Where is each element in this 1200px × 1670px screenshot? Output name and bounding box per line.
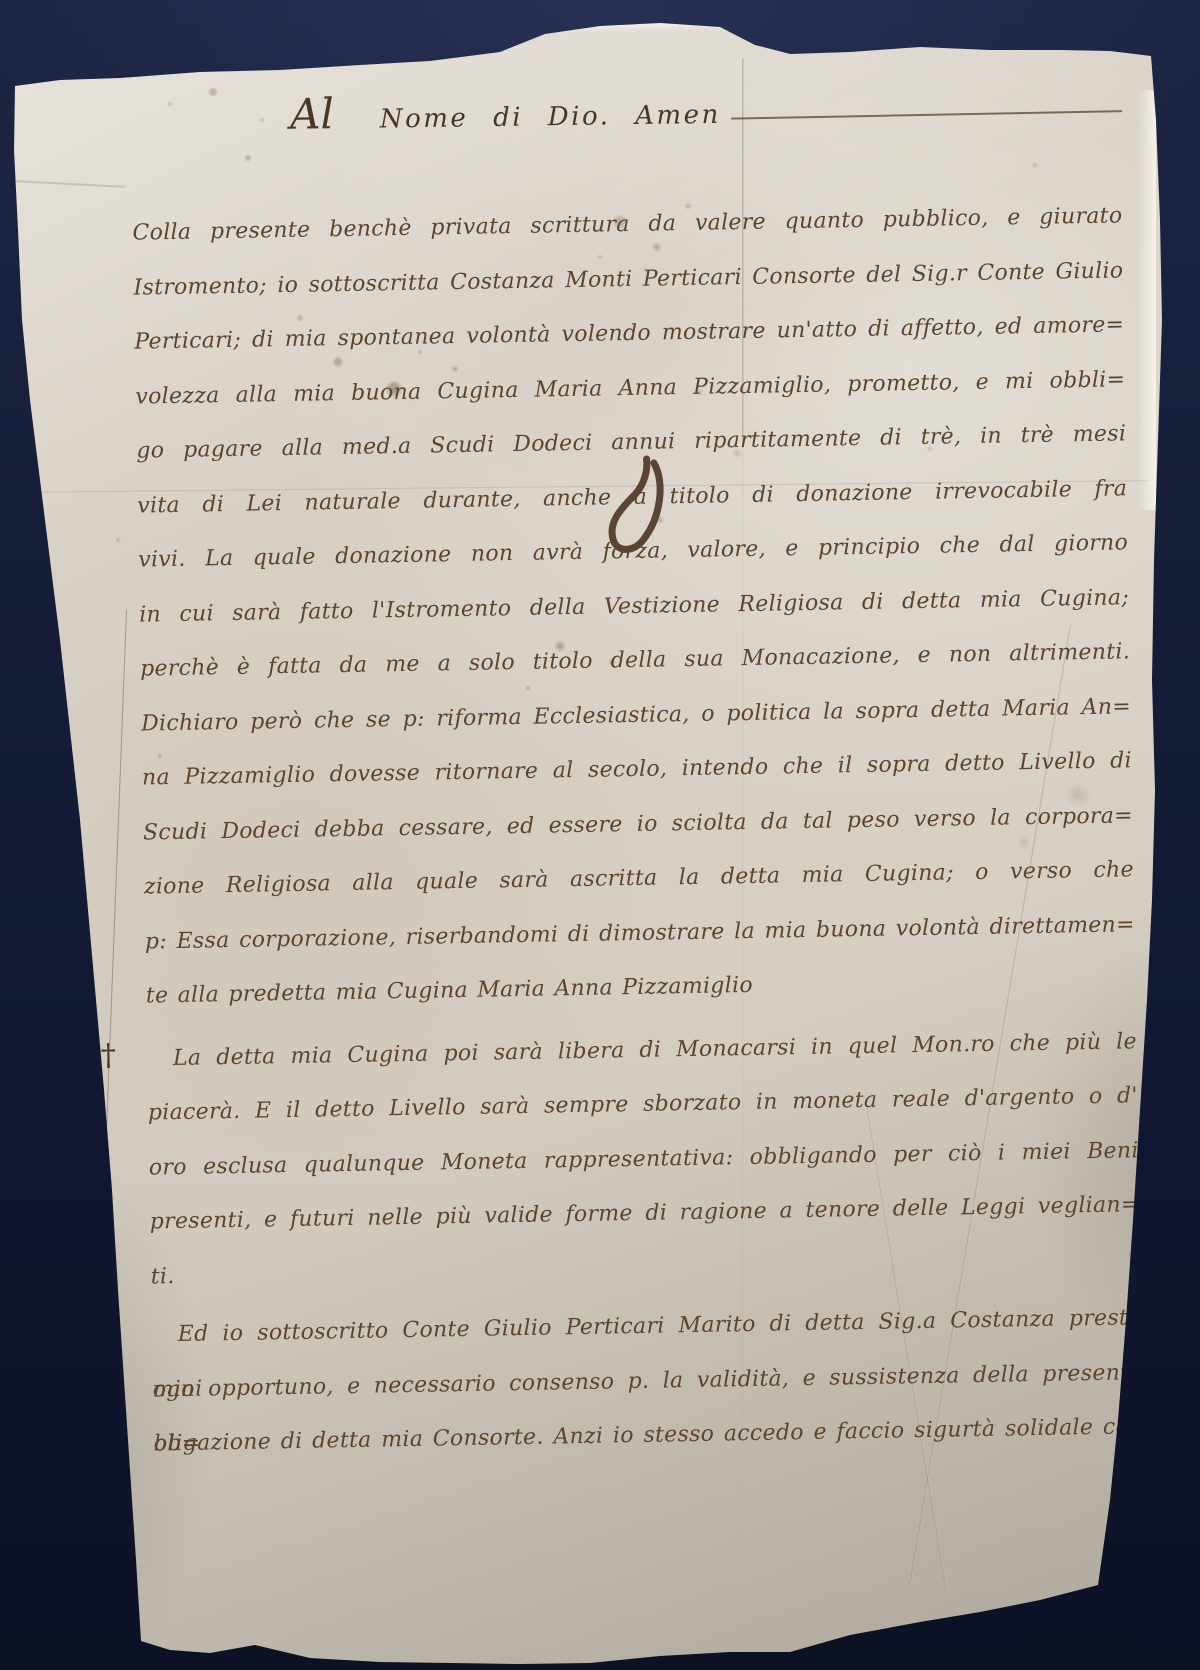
margin-cross-mark: † xyxy=(101,1041,117,1071)
paragraph-4: Ed io sottoscritto Conte Giulio Perticar… xyxy=(151,1291,1144,1472)
photo-background: Al Nome di Dio. Amen Colla presente benc… xyxy=(0,0,1200,1670)
manuscript-page: Al Nome di Dio. Amen Colla presente benc… xyxy=(0,0,1200,1670)
top-torn-edge-highlight xyxy=(500,20,770,35)
paragraph-3: † La detta mia Cugina poi sarà libera di… xyxy=(146,1015,1141,1305)
document-heading: Al Nome di Dio. Amen xyxy=(290,78,1123,140)
paragraph-1: Colla presente benchè privata scrittura … xyxy=(132,189,1130,697)
right-torn-edge-highlight xyxy=(1138,90,1156,510)
left-margin-fold-line xyxy=(86,610,127,1654)
paragraph-2: Dichiaro però che se p: riforma Ecclesia… xyxy=(141,680,1137,1024)
heading-rule-line xyxy=(731,110,1122,120)
top-left-fold-crease xyxy=(15,180,125,188)
heading-initial: Al xyxy=(290,89,334,140)
heading-invocation: Nome di Dio. Amen xyxy=(380,100,721,135)
manuscript-text: Colla presente benchè privata scrittura … xyxy=(132,189,1144,1472)
